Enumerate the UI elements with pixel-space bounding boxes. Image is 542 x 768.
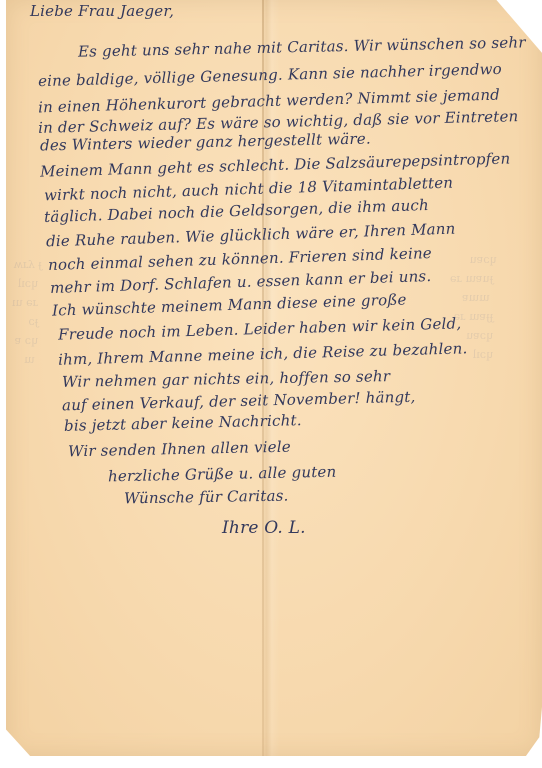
- letter-closing-line: Wünsche für Caritas.: [124, 487, 289, 508]
- letter-body-line: Wir nehmen gar nichts ein, hoffen so seh…: [62, 367, 390, 391]
- letter-closing-line: herzliche Grüße u. alle guten: [108, 463, 337, 486]
- letter-body-line: auf einen Verkauf, der seit November! hä…: [62, 388, 416, 415]
- letter-body-line: ihm, Ihrem Manne meine ich, die Reise zu…: [58, 339, 468, 368]
- letter-body-line: eine baldige, völlige Genesung. Kann sie…: [38, 60, 502, 90]
- letter-body-line: bis jetzt aber keine Nachricht.: [64, 411, 302, 435]
- letter-closing-line: Wir senden Ihnen allen viele: [68, 438, 291, 461]
- letter-body-line: Freude noch im Leben. Leider haben wir k…: [58, 314, 462, 343]
- handwritten-letter: Liebe Frau Jaeger, Es geht uns sehr nahe…: [0, 0, 542, 768]
- letter-signature: Ihre O. L.: [222, 518, 306, 538]
- letter-body-line: Es geht uns sehr nahe mit Caritas. Wir w…: [78, 33, 526, 60]
- letter-salutation: Liebe Frau Jaeger,: [30, 2, 174, 20]
